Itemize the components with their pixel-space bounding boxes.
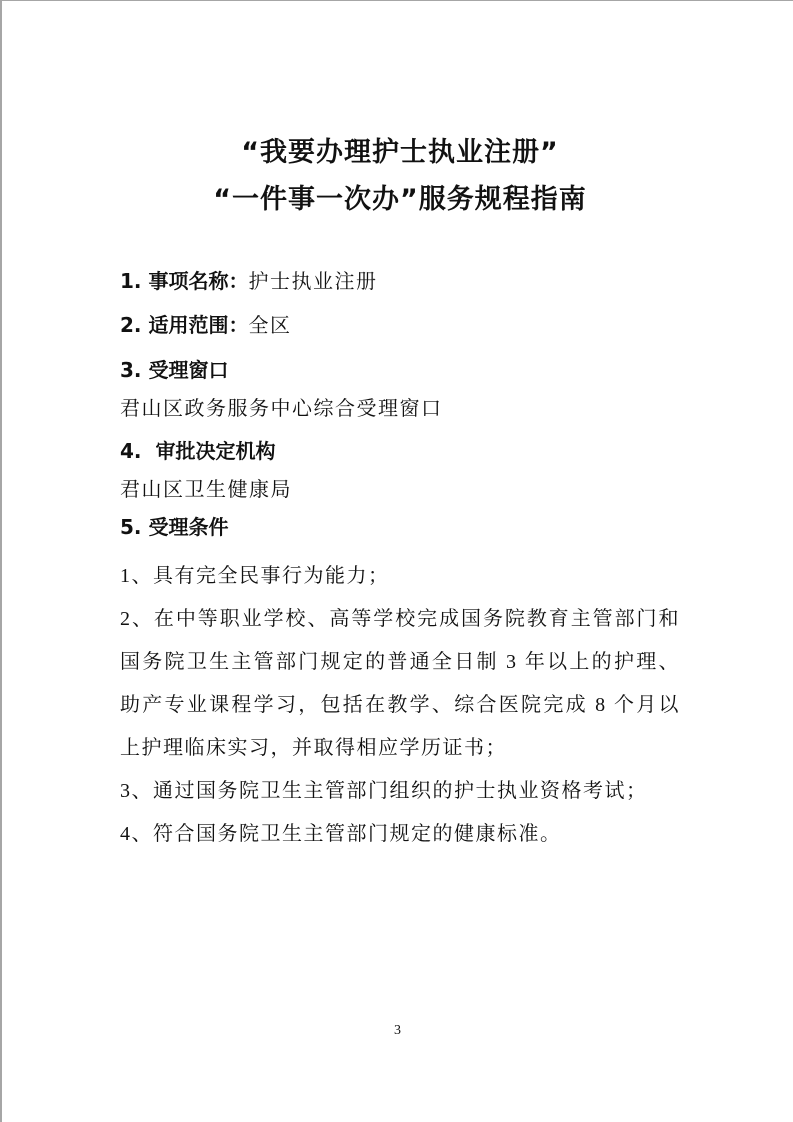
- condition-item: 2、在中等职业学校、高等学校完成国务院教育主管部门和国务院卫生主管部门规定的普通…: [120, 598, 680, 770]
- section-item-name: 1. 事项名称：护士执业注册: [120, 269, 680, 294]
- accept-window-paragraph: 君山区政务服务中心综合受理窗口: [120, 394, 680, 424]
- condition-item: 1、具有完全民事行为能力；: [120, 555, 680, 598]
- document-page: “我要办理护士执业注册” “一件事一次办”服务规程指南 1. 事项名称：护士执业…: [0, 0, 793, 1122]
- section-item-name-value: 护士执业注册: [248, 271, 377, 293]
- title-line-2: “一件事一次办”服务规程指南: [120, 176, 680, 223]
- section-approval-authority-heading: 4. 审批决定机构: [120, 439, 680, 463]
- document-content: “我要办理护士执业注册” “一件事一次办”服务规程指南 1. 事项名称：护士执业…: [120, 129, 680, 856]
- section-scope-value: 全区: [248, 315, 291, 337]
- title-line-1: “我要办理护士执业注册”: [120, 129, 680, 176]
- condition-item: 4、符合国务院卫生主管部门规定的健康标准。: [120, 813, 680, 856]
- page-number: 3: [2, 1023, 793, 1039]
- section-scope: 2. 适用范围：全区: [120, 313, 680, 338]
- section-scope-label: 2. 适用范围：: [120, 313, 248, 337]
- conditions-list: 1、具有完全民事行为能力； 2、在中等职业学校、高等学校完成国务院教育主管部门和…: [120, 555, 680, 856]
- section-conditions-heading: 5. 受理条件: [120, 515, 680, 539]
- condition-item: 3、通过国务院卫生主管部门组织的护士执业资格考试；: [120, 770, 680, 813]
- section-item-name-label: 1. 事项名称：: [120, 269, 248, 293]
- document-title: “我要办理护士执业注册” “一件事一次办”服务规程指南: [120, 129, 680, 223]
- section-accept-window-heading: 3. 受理窗口: [120, 358, 680, 382]
- approval-authority-paragraph: 君山区卫生健康局: [120, 475, 680, 505]
